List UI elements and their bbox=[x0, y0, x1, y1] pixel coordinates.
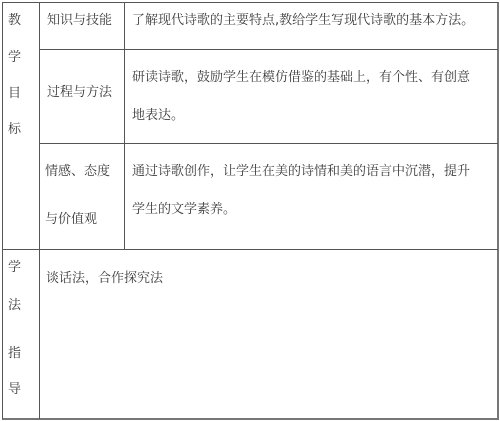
category-label: 知识与技能 bbox=[47, 13, 112, 28]
objective-text: 学生的文学素养。 bbox=[132, 202, 236, 217]
section-label-char: 标 bbox=[8, 122, 21, 137]
section-label-char: 指 bbox=[8, 346, 21, 361]
row-divider bbox=[39, 49, 498, 50]
section-label-char: 教 bbox=[8, 13, 21, 28]
method-text: 谈话法，合作探究法 bbox=[46, 271, 163, 286]
row-divider bbox=[39, 143, 498, 144]
section-label-char: 法 bbox=[8, 298, 21, 313]
category-label: 与价值观 bbox=[45, 212, 97, 227]
objective-text: 研读诗歌，鼓励学生在模仿借鉴的基础上，有个性、有创意 bbox=[132, 70, 470, 85]
table-border bbox=[2, 2, 499, 420]
row-divider bbox=[2, 249, 498, 250]
section-label-char: 目 bbox=[8, 86, 21, 101]
category-label: 情感、态度 bbox=[45, 164, 110, 179]
objective-text: 了解现代诗歌的主要特点,教给学生写现代诗歌的基本方法。 bbox=[132, 13, 474, 28]
section-label-char: 导 bbox=[8, 382, 21, 397]
column-divider bbox=[124, 2, 125, 249]
category-label: 过程与方法 bbox=[47, 85, 112, 100]
objective-text: 地表达。 bbox=[132, 108, 184, 123]
objective-text: 通过诗歌创作，让学生在美的诗情和美的语言中沉潜，提升 bbox=[132, 164, 470, 179]
section-label-char: 学 bbox=[8, 50, 21, 65]
column-divider bbox=[39, 2, 40, 419]
section-label-char: 学 bbox=[8, 260, 21, 275]
